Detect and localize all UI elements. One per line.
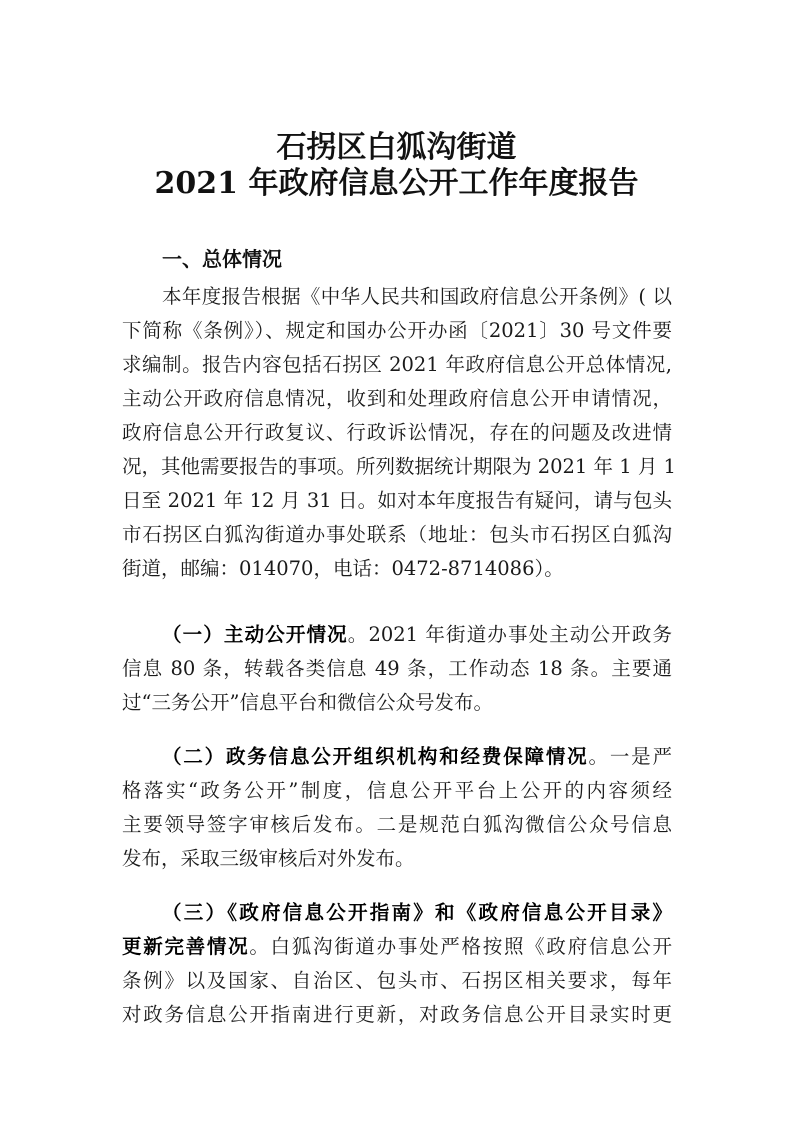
- report-title-line1: 石拐区白狐沟街道: [0, 128, 793, 168]
- subsection-3-heading-cont: 更新完善情况: [122, 935, 249, 958]
- intro-line: 市石拐区白狐沟街道办事处联系（地址：包头市石拐区白狐沟: [122, 520, 672, 550]
- document-page: 石拐区白狐沟街道 2021 年政府信息公开工作年度报告 一、总体情况 本年度报告…: [0, 0, 793, 1122]
- subsection-1-line: 过“三务公开”信息平台和微信公众号发布。: [122, 688, 672, 718]
- intro-line: 街道，邮编：014070，电话：0472-8714086）。: [122, 554, 672, 584]
- intro-line: 政府信息公开行政复议、行政诉讼情况，存在的问题及改进情: [122, 418, 672, 448]
- subsection-2-line: 主要领导签字审核后发布。二是规范白狐沟微信公众号信息: [122, 810, 672, 840]
- subsection-1-line: 信息 80 条，转载各类信息 49 条，工作动态 18 条。主要通: [122, 654, 672, 684]
- subsection-1-line: （一）主动公开情况。2021 年街道办事处主动公开政务: [162, 620, 672, 650]
- subsection-3-text: 。白狐沟街道办事处严格按照《政府信息公开: [249, 935, 672, 958]
- subsection-1-heading: （一）主动公开情况: [162, 623, 348, 646]
- intro-line: 求编制。报告内容包括石拐区 2021 年政府信息公开总体情况,: [122, 350, 672, 380]
- subsection-2-line: 发布，采取三级审核后对外发布。: [122, 844, 672, 874]
- subsection-2-line: 格落实“政务公开”制度，信息公开平台上公开的内容须经: [122, 776, 672, 806]
- report-title-line2: 2021 年政府信息公开工作年度报告: [0, 164, 793, 204]
- subsection-3-line: 更新完善情况。白狐沟街道办事处严格按照《政府信息公开: [122, 932, 672, 962]
- intro-line: 主动公开政府信息情况，收到和处理政府信息公开申请情况，: [122, 384, 672, 414]
- intro-line: 日至 2021 年 12 月 31 日。如对本年度报告有疑问，请与包头: [122, 486, 672, 516]
- subsection-3-heading: （三）《政府信息公开指南》和《政府信息公开目录》: [162, 898, 672, 928]
- subsection-1-text: 。2021 年街道办事处主动公开政务: [348, 623, 672, 646]
- subsection-3-line: 条例》以及国家、自治区、包头市、石拐区相关要求，每年: [122, 966, 672, 996]
- subsection-2-line: （二）政务信息公开组织机构和经费保障情况。一是严: [162, 742, 672, 772]
- subsection-2-text: 。一是严: [589, 745, 672, 768]
- intro-line: 下简称《条例》）、规定和国办公开办函〔2021〕30 号文件要: [122, 316, 672, 346]
- intro-line: 本年度报告根据《中华人民共和国政府信息公开条例》( 以: [162, 282, 672, 312]
- subsection-2-heading: （二）政务信息公开组织机构和经费保障情况: [162, 745, 589, 768]
- section-heading-overview: 一、总体情况: [162, 244, 282, 274]
- subsection-3-line: 对政务信息公开指南进行更新，对政务信息公开目录实时更: [122, 1000, 672, 1030]
- intro-line: 况，其他需要报告的事项。所列数据统计期限为 2021 年 1 月 1: [122, 452, 672, 482]
